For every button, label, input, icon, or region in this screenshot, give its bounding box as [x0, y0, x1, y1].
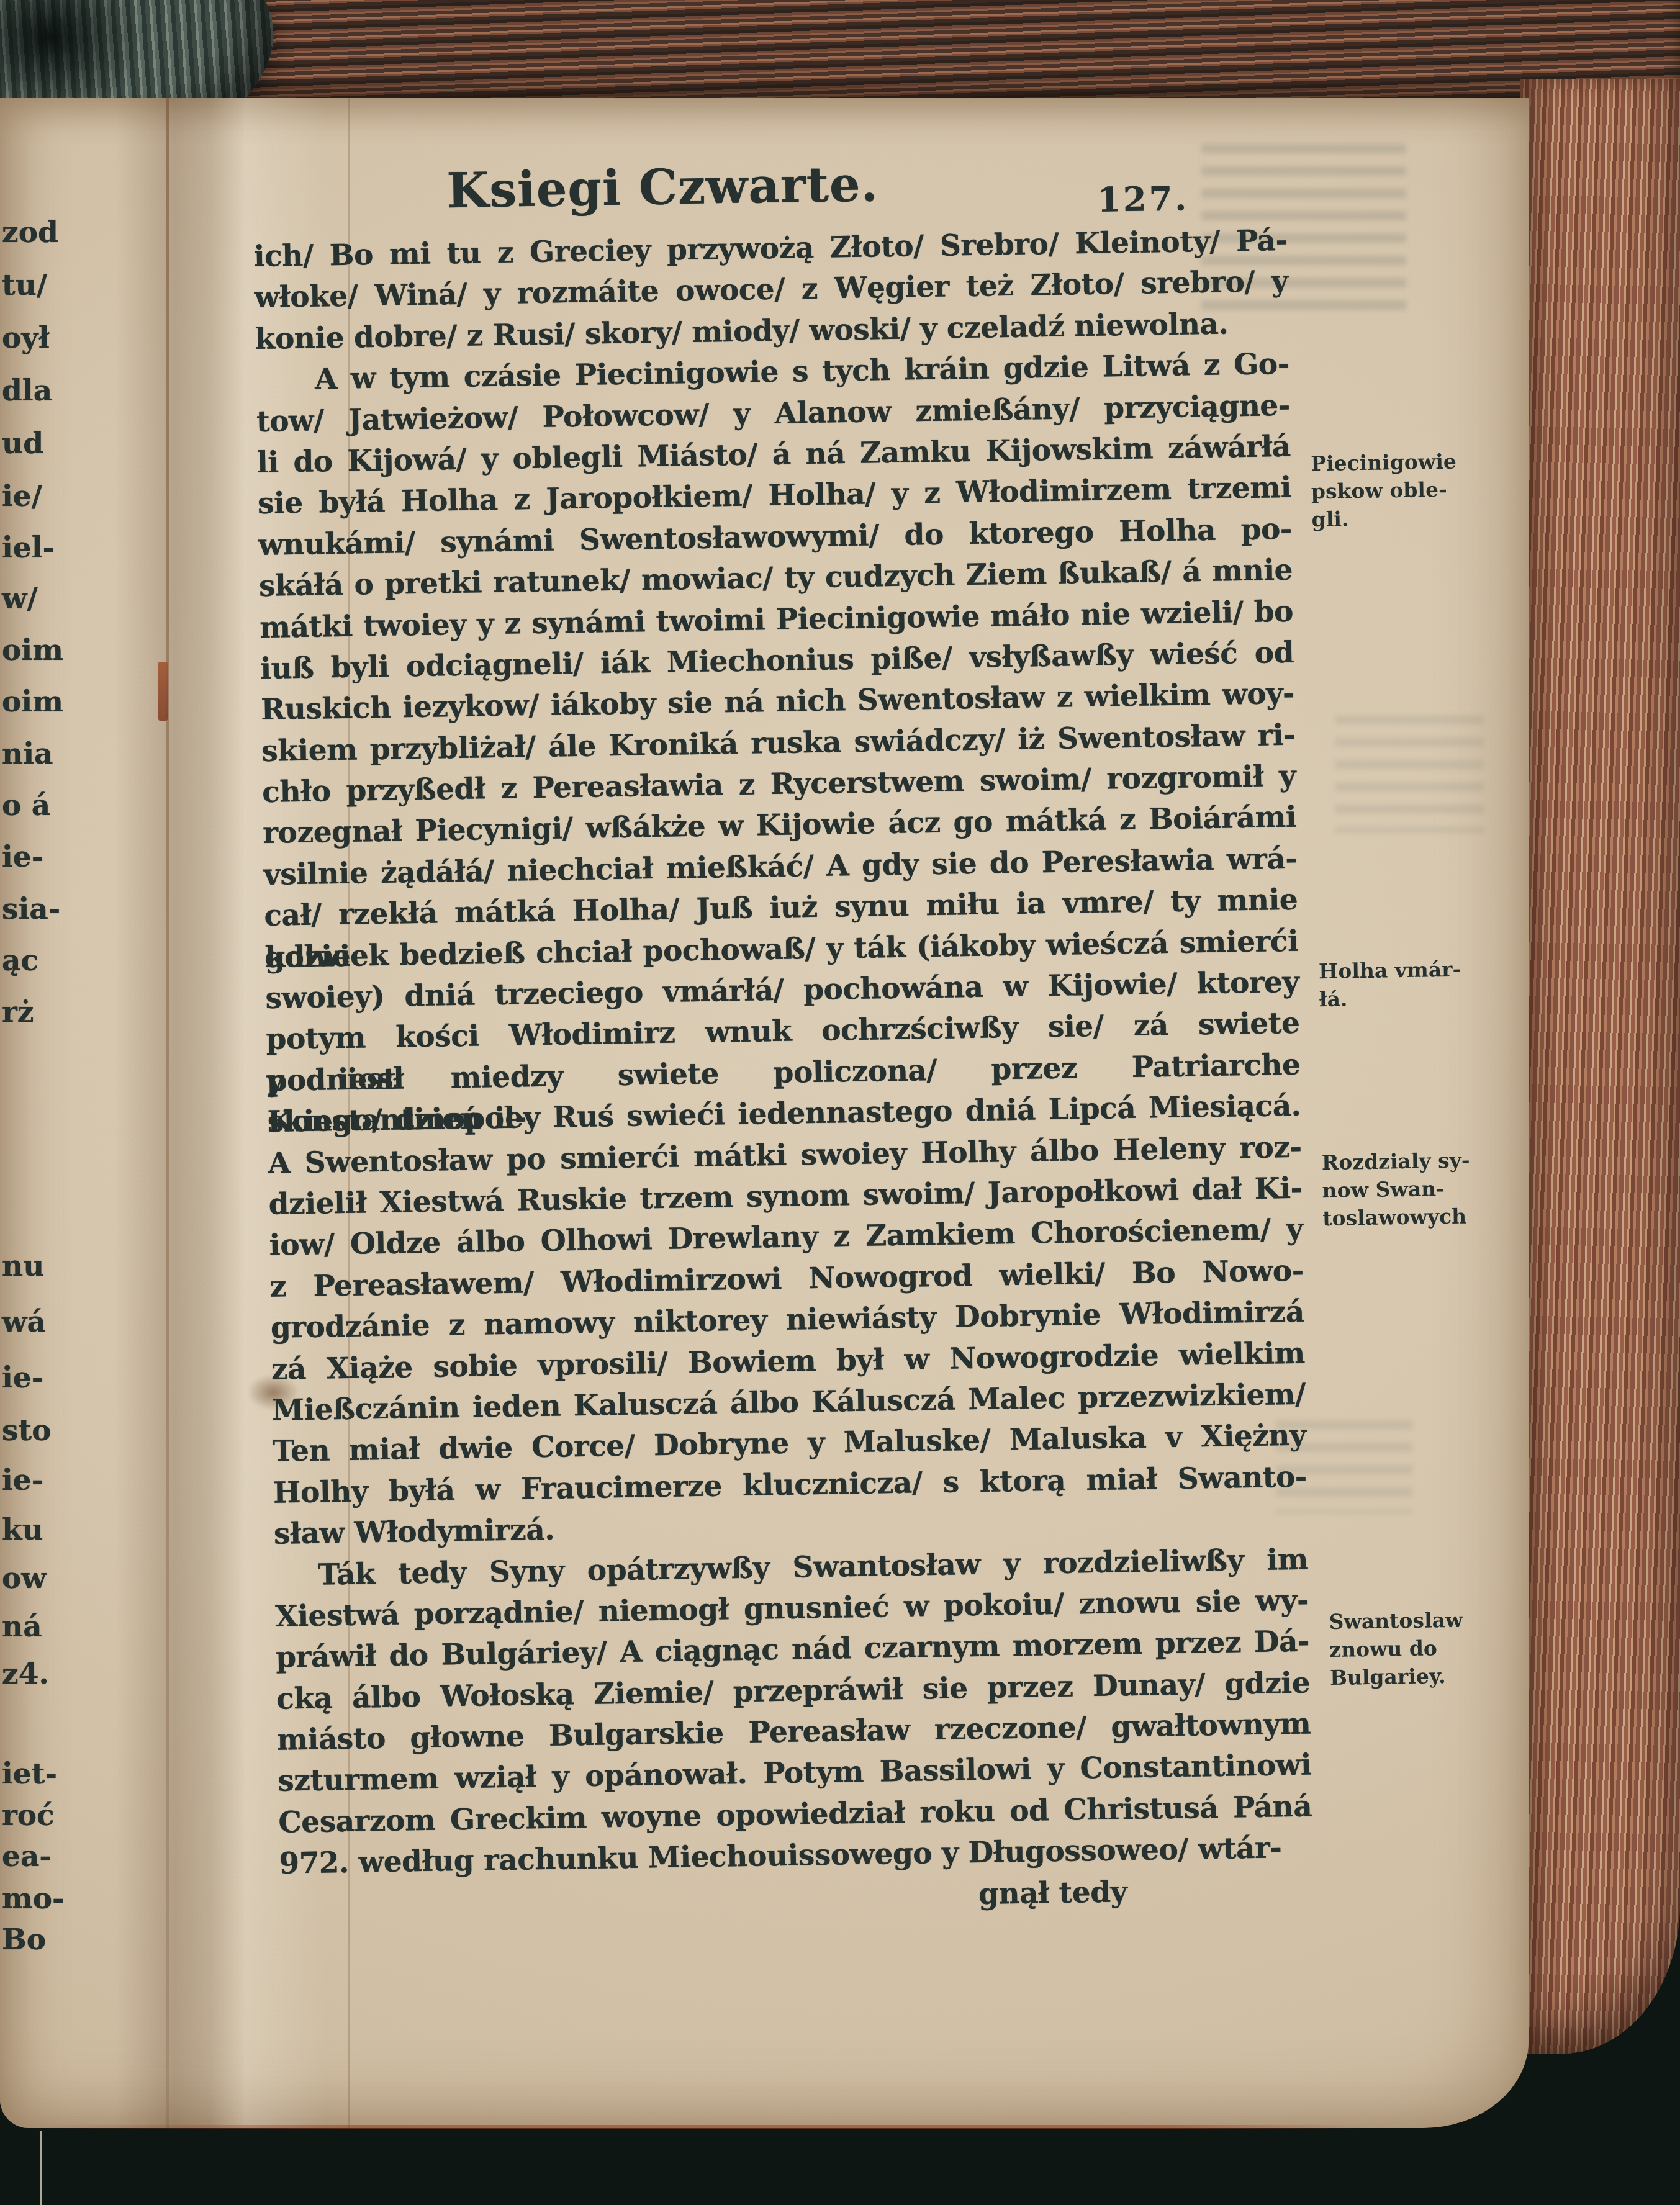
- margin-note: Holha vmár- łá.: [1319, 955, 1478, 1013]
- page-number: 127.: [1097, 178, 1190, 219]
- main-text-block: ich/ Bo mi tu z Greciey przywożą Złoto/ …: [253, 220, 1314, 1926]
- margin-note-line: łá.: [1319, 983, 1478, 1013]
- margin-note: Rozdzialy sy- now Swan- toslawowych: [1322, 1146, 1481, 1232]
- printed-content: Ksiegi Czwarte. 127. ich/ Bo mi tu z Gre…: [0, 86, 1545, 2140]
- margin-note-line: pskow oble-: [1311, 475, 1470, 505]
- margin-note: Swantoslaw znowu do Bulgariey.: [1329, 1605, 1488, 1692]
- margin-note-line: gli.: [1311, 503, 1470, 533]
- margin-note-line: Piecinigowie: [1311, 447, 1470, 477]
- margin-note-line: Rozdzialy sy-: [1322, 1146, 1481, 1176]
- margin-note-line: Swantoslaw: [1329, 1605, 1488, 1636]
- book-scan: zod tu/ oył dla ud ie/ iel- w/ oim oim n…: [0, 0, 1680, 2205]
- binding-thread: [40, 2131, 42, 2205]
- running-title: Ksiegi Czwarte.: [358, 155, 967, 220]
- margin-note-line: Bulgariey.: [1330, 1661, 1489, 1692]
- margin-note: Piecinigowie pskow oble- gli.: [1311, 447, 1470, 533]
- margin-note-line: Holha vmár-: [1319, 955, 1478, 985]
- margin-note-line: now Swan-: [1322, 1174, 1481, 1204]
- page-paper: zod tu/ oył dla ud ie/ iel- w/ oim oim n…: [0, 98, 1529, 2128]
- margin-note-line: znowu do: [1329, 1633, 1488, 1664]
- margin-note-line: toslawowych: [1322, 1202, 1481, 1232]
- book-fore-edge-pages: [1520, 79, 1680, 2054]
